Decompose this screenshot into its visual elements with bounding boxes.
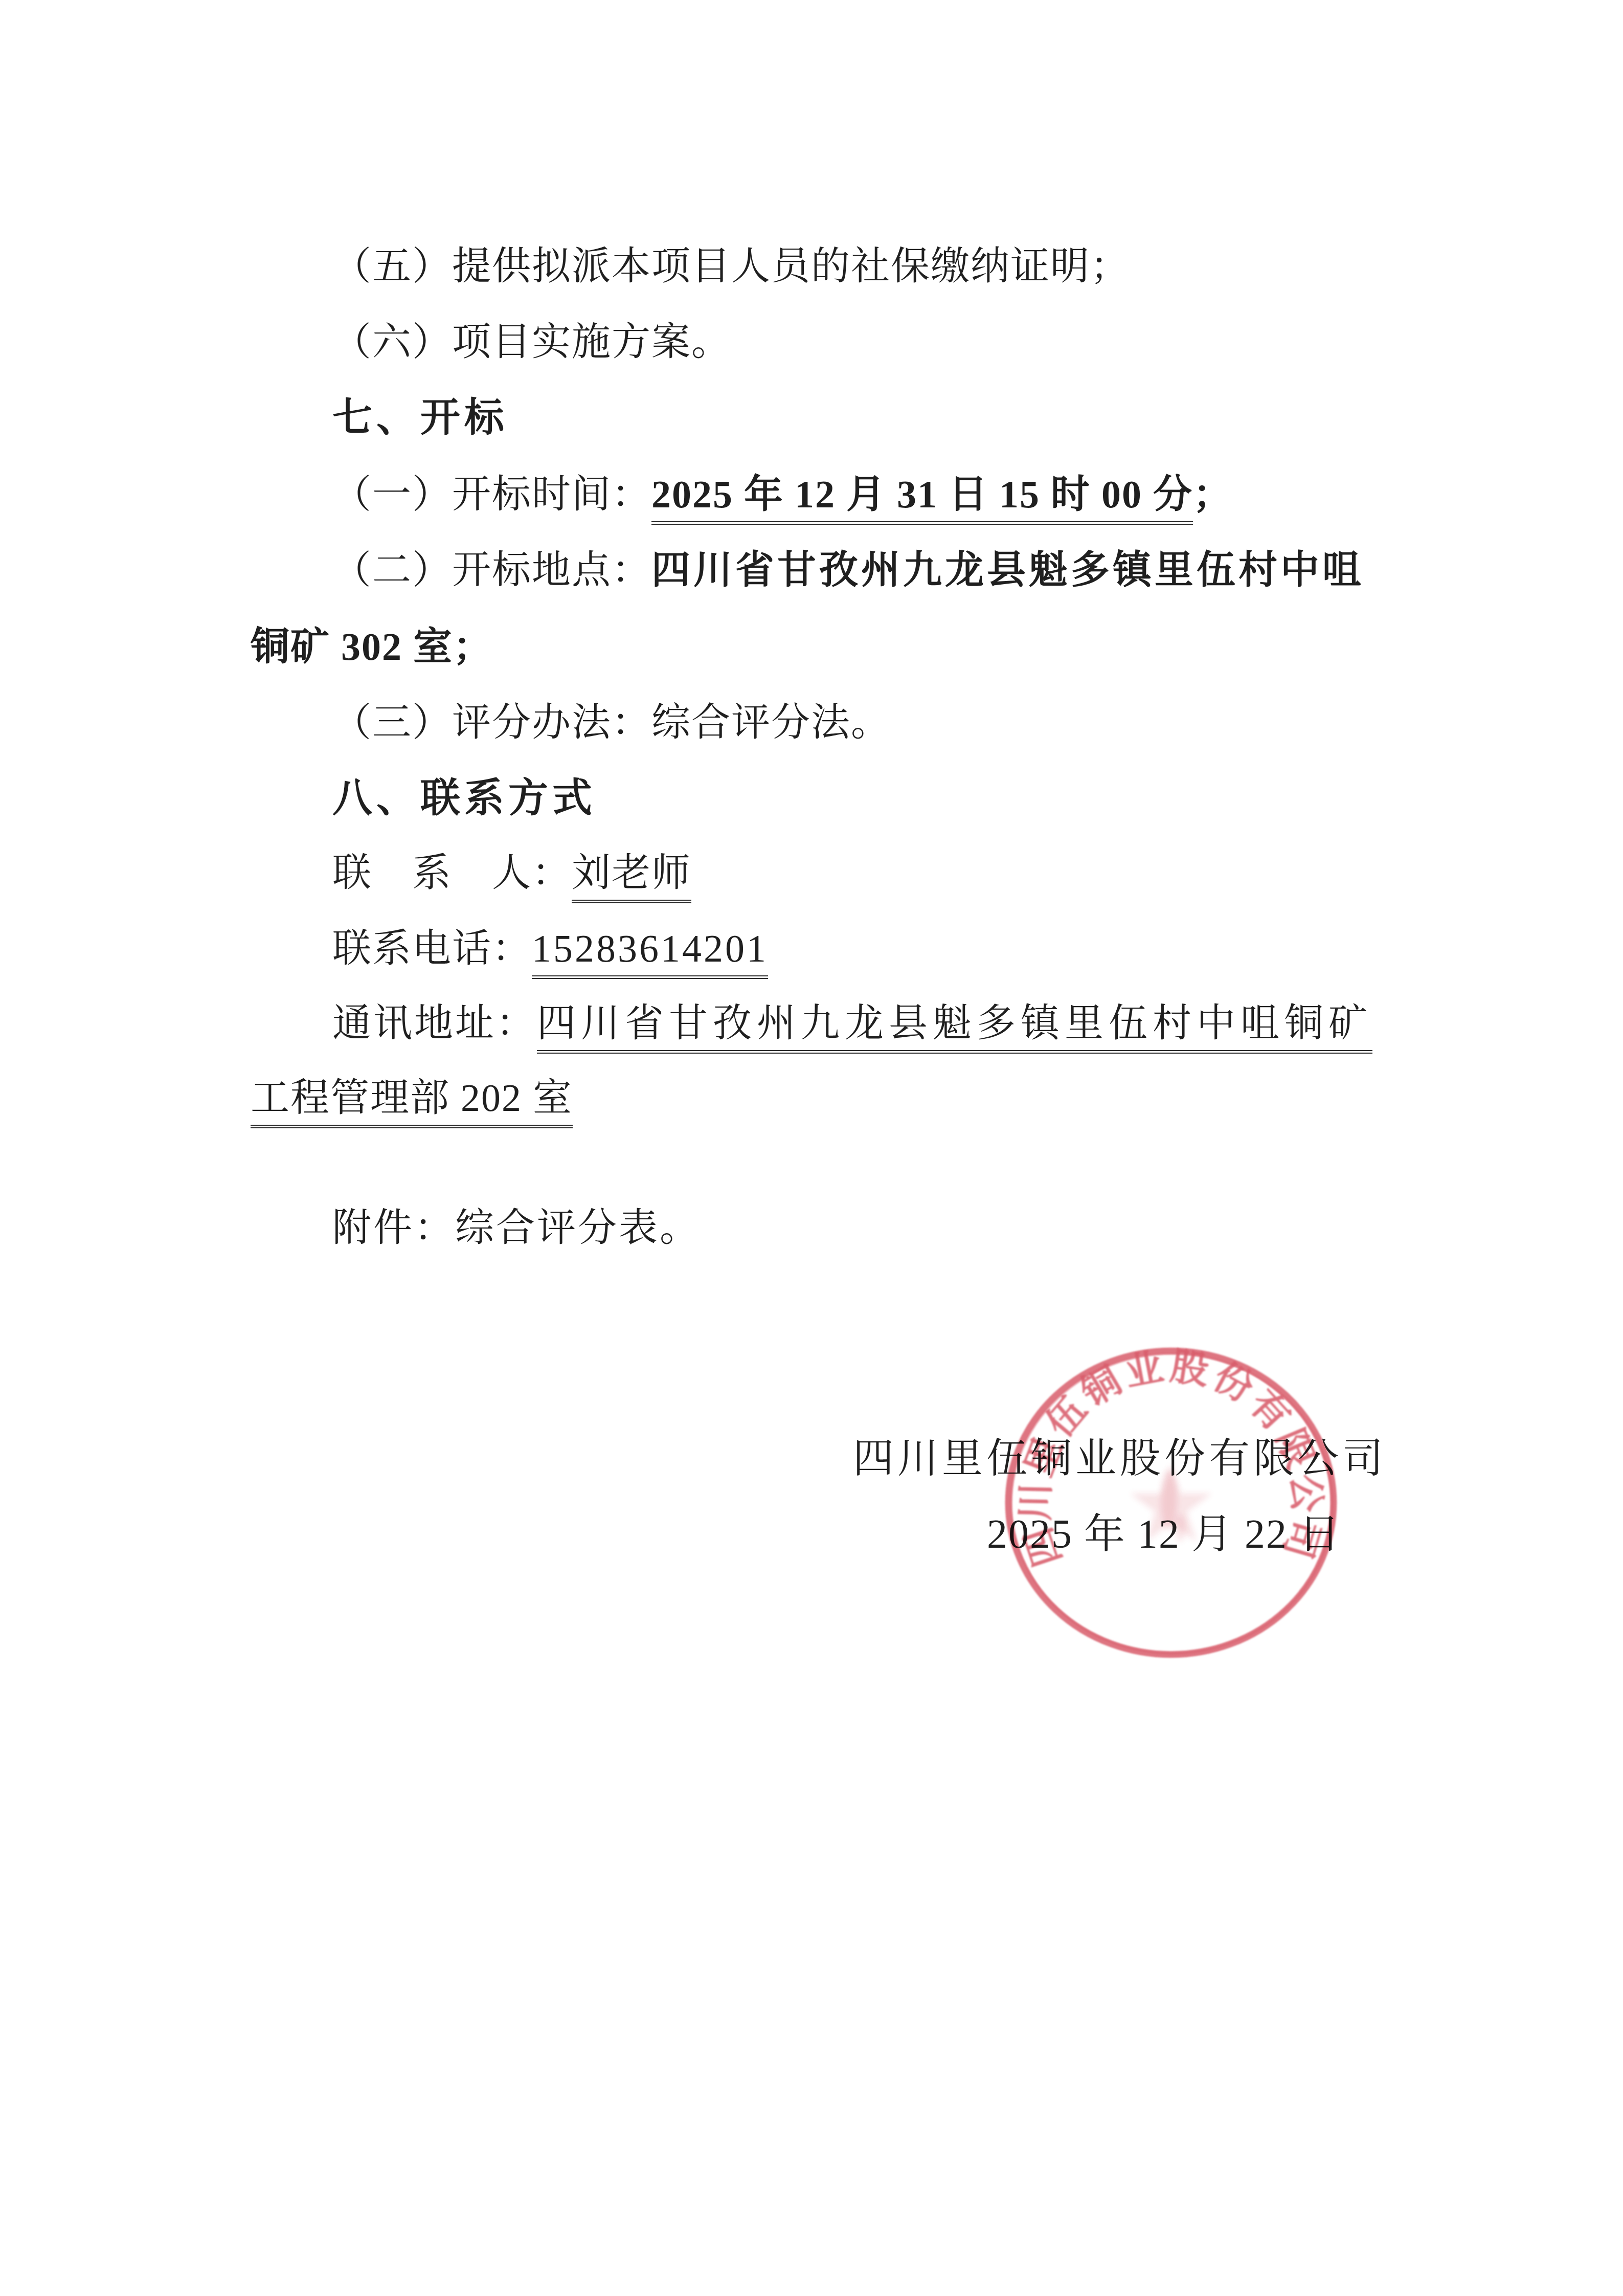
paragraph-address: 通讯地址：四川省甘孜州九龙县魁多镇里伍村中咀铜矿 bbox=[332, 998, 1372, 1049]
stamp-ring-text: 四川里伍铜业股份有限公司 bbox=[1015, 1346, 1327, 1572]
address-label: 通讯地址： bbox=[332, 1002, 537, 1045]
item-6-text: （六）项目实施方案。 bbox=[332, 321, 731, 364]
paragraph-attachment: 附件：综合评分表。 bbox=[332, 1203, 701, 1254]
paragraph-open-place: （二）开标地点：四川省甘孜州九龙县魁多镇里伍村中咀 bbox=[332, 545, 1364, 596]
attachment-text: 附件：综合评分表。 bbox=[332, 1207, 701, 1250]
section-heading-7: 七、开标 bbox=[332, 392, 508, 443]
open-time-label: （一）开标时间： bbox=[332, 473, 651, 516]
phone-value: 15283614201 bbox=[532, 927, 768, 979]
address-wrap-text: 工程管理部 202 室 bbox=[251, 1077, 573, 1128]
stamp-smudge-2 bbox=[1175, 1514, 1185, 1541]
stamp-smudge-1 bbox=[1161, 1470, 1177, 1530]
item-5-text: （五）提供拟派本项目人员的社保缴纳证明； bbox=[332, 245, 1130, 288]
paragraph-address-wrap: 工程管理部 202 室 bbox=[251, 1073, 573, 1124]
address-value: 四川省甘孜州九龙县魁多镇里伍村中咀铜矿 bbox=[537, 1002, 1372, 1054]
contact-label: 联 系 人： bbox=[332, 852, 572, 895]
stamp-ring-textpath: 四川里伍铜业股份有限公司 bbox=[1015, 1346, 1327, 1572]
paragraph-open-place-wrap: 铜矿 302 室； bbox=[251, 622, 493, 673]
scoring-method-text: （三）评分办法：综合评分法。 bbox=[332, 701, 891, 744]
paragraph-contact-person: 联 系 人：刘老师 bbox=[332, 848, 691, 899]
open-time-tail: ； bbox=[1193, 473, 1233, 516]
paragraph-scoring-method: （三）评分办法：综合评分法。 bbox=[332, 698, 891, 748]
paragraph-contact-phone: 联系电话：15283614201 bbox=[332, 924, 768, 974]
open-place-value: 四川省甘孜州九龙县魁多镇里伍村中咀 bbox=[651, 549, 1364, 592]
document-page: （五）提供拟派本项目人员的社保缴纳证明； （六）项目实施方案。 七、开标 （一）… bbox=[0, 0, 1623, 2296]
paragraph-item-5: （五）提供拟派本项目人员的社保缴纳证明； bbox=[332, 241, 1130, 292]
paragraph-open-time: （一）开标时间：2025 年 12 月 31 日 15 时 00 分； bbox=[332, 470, 1233, 520]
open-place-label: （二）开标地点： bbox=[332, 549, 651, 592]
open-time-value: 2025 年 12 月 31 日 15 时 00 分 bbox=[651, 473, 1193, 525]
company-seal-stamp: 四川里伍铜业股份有限公司 bbox=[999, 1342, 1343, 1663]
heading-7-text: 七、开标 bbox=[332, 395, 508, 440]
heading-8-text: 八、联系方式 bbox=[332, 776, 596, 820]
paragraph-item-6: （六）项目实施方案。 bbox=[332, 317, 731, 368]
phone-label: 联系电话： bbox=[332, 927, 532, 970]
open-place-wrap-text: 铜矿 302 室； bbox=[251, 626, 493, 668]
section-heading-8: 八、联系方式 bbox=[332, 772, 596, 824]
contact-value: 刘老师 bbox=[572, 852, 691, 903]
